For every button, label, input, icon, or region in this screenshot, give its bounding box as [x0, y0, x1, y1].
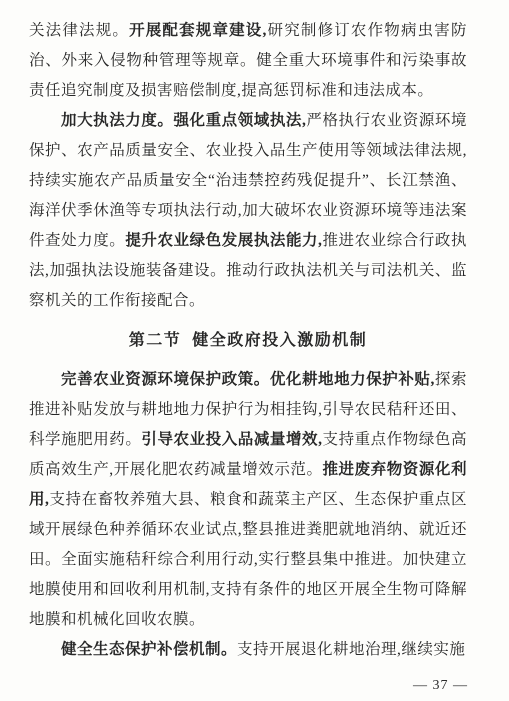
paragraph: 完善农业资源环境保护政策。优化耕地地力保护补贴,探索推进补贴发放与耕地地力保护行… — [29, 365, 467, 635]
body-text: 支持在畜牧养殖大县、粮食和蔬菜主产区、生态保护重点区域开展绿色种养循环农业试点,… — [29, 491, 467, 628]
emphasis-text: 提升农业绿色发展执法能力, — [125, 232, 322, 249]
document-body: 关法律法规。开展配套规章建设,研究制修订农作物病虫害防治、外来入侵物种管理等规章… — [29, 16, 467, 665]
page-number: — 37 — — [413, 678, 468, 694]
body-text: 关法律法规。 — [29, 22, 129, 39]
document-page: 关法律法规。开展配套规章建设,研究制修订农作物病虫害防治、外来入侵物种管理等规章… — [0, 0, 509, 701]
paragraph: 关法律法规。开展配套规章建设,研究制修订农作物病虫害防治、外来入侵物种管理等规章… — [29, 16, 467, 106]
emphasis-text: 完善农业资源环境保护政策。优化耕地地力保护补贴, — [61, 371, 435, 388]
emphasis-text: 健全生态保护补偿机制。 — [61, 641, 237, 658]
paragraph: 加大执法力度。强化重点领域执法,严格执行农业资源环境保护、农产品质量安全、农业投… — [29, 106, 467, 316]
body-text: 支持开展退化耕地治理,继续实施 — [237, 641, 465, 658]
paragraph: 健全生态保护补偿机制。支持开展退化耕地治理,继续实施 — [29, 635, 467, 665]
emphasis-text: 加大执法力度。强化重点领域执法, — [61, 112, 306, 129]
section-heading: 第二节 健全政府投入激励机制 — [29, 326, 467, 356]
body-text: 严格执行农业资源环境保护、农产品质量安全、农业投入品生产使用等领域法律法规,持续… — [29, 112, 467, 249]
emphasis-text: 引导农业投入品减量增效, — [141, 431, 322, 448]
emphasis-text: 开展配套规章建设, — [129, 22, 267, 39]
